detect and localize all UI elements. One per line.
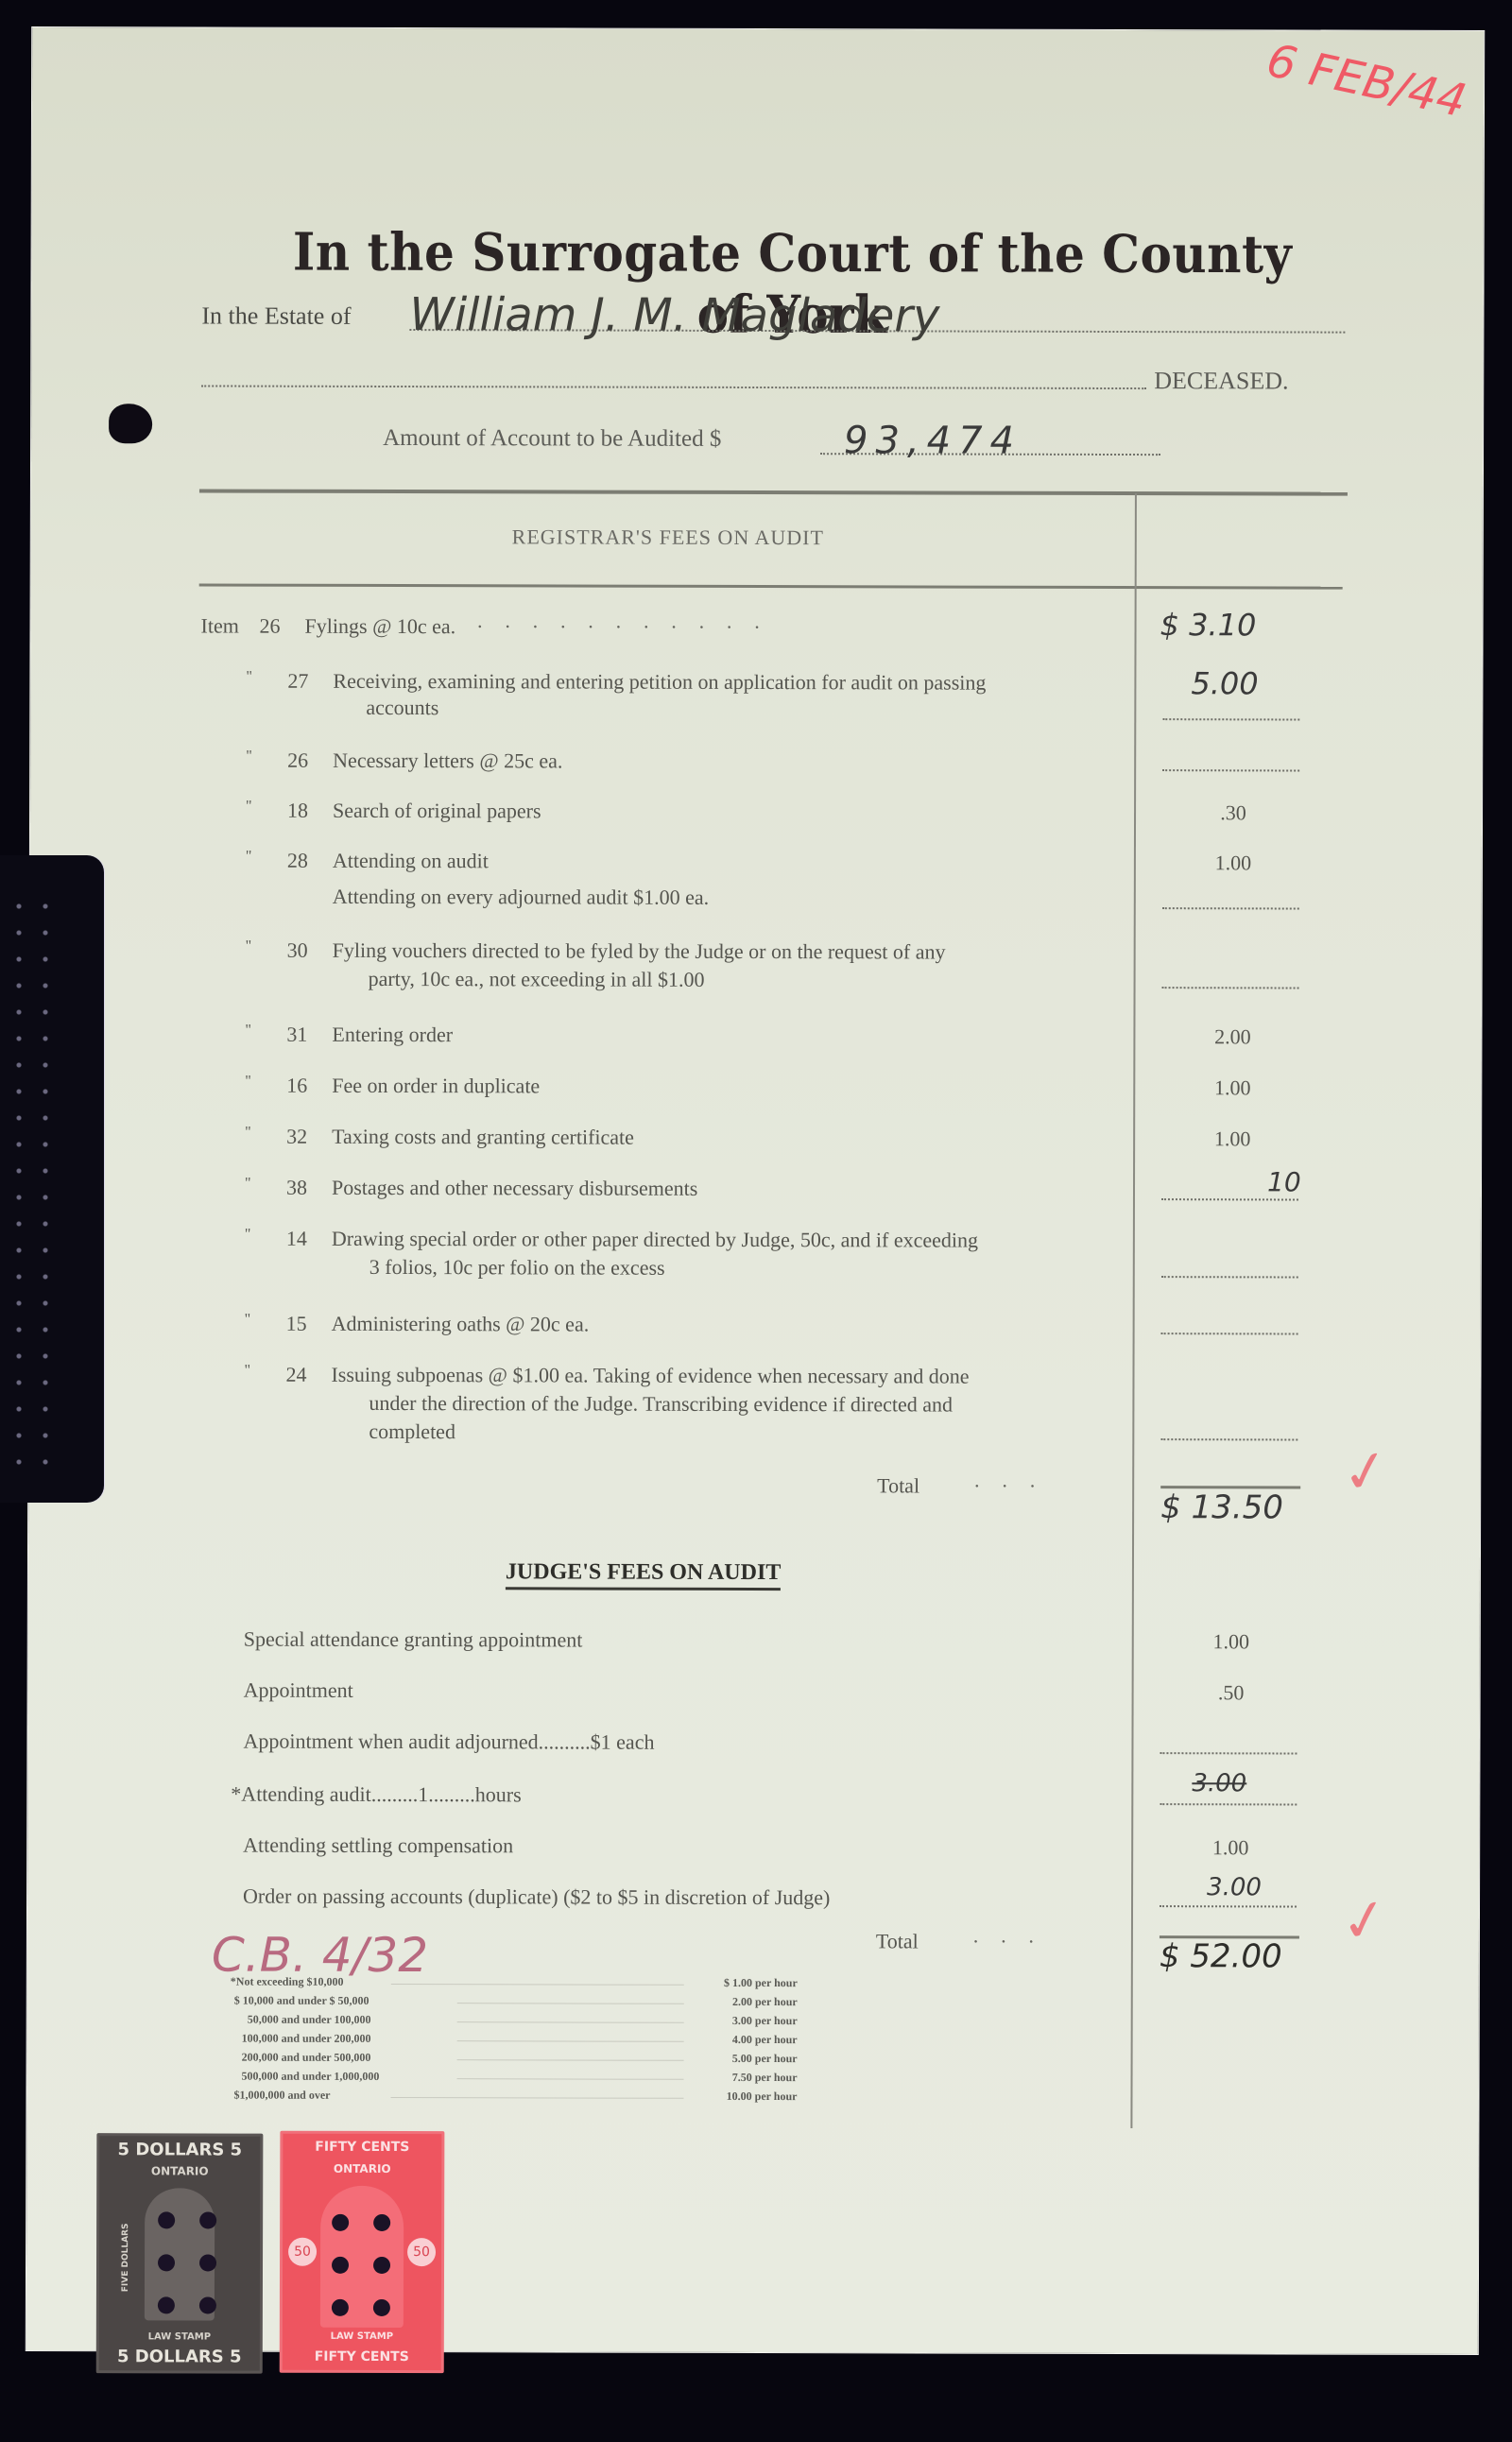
ditto-mark: " bbox=[245, 1074, 251, 1091]
binder-clip bbox=[0, 855, 104, 1503]
item-description-cont: under the direction of the Judge. Transc… bbox=[369, 1391, 1134, 1418]
amount-item-27[interactable]: 5.00 bbox=[1191, 665, 1258, 701]
amount-item-31[interactable]: 2.00 bbox=[1161, 1024, 1303, 1049]
amount-item-18[interactable]: .30 bbox=[1162, 800, 1304, 825]
perforation-hole bbox=[373, 2257, 390, 2274]
amount-value[interactable]: 93,474 bbox=[844, 419, 1022, 462]
ditto-mark: " bbox=[246, 938, 252, 955]
item-description: Appointment bbox=[244, 1678, 353, 1702]
law-stamp-fifty-cents: FIFTY CENTS ONTARIO 50 50 LAW STAMP FIFT… bbox=[280, 2131, 445, 2373]
ditto-mark: " bbox=[246, 799, 252, 816]
judge-total-leader: · · · bbox=[972, 1930, 1035, 1954]
item-description: Postages and other necessary disbursemen… bbox=[332, 1176, 1135, 1202]
item-number: 27 bbox=[287, 669, 308, 694]
item-number: 16 bbox=[286, 1074, 307, 1098]
item-description: Appointment when audit adjourned........… bbox=[243, 1729, 654, 1754]
item-description: Order on passing accounts (duplicate) ($… bbox=[243, 1884, 830, 1910]
amount-label: Amount of Account to be Audited $ bbox=[383, 425, 721, 453]
registrar-total-leader: · · · bbox=[973, 1474, 1036, 1499]
item-description: Attending on every adjourned audit $1.00… bbox=[333, 885, 1136, 911]
perforation-hole bbox=[373, 2299, 390, 2316]
perforation-hole bbox=[199, 2296, 216, 2313]
fee-row: " 28 Attending on audit bbox=[229, 849, 1136, 851]
fee-row: " 18 Search of original papers bbox=[229, 799, 1136, 801]
fee-row: " 15 Administering oaths @ 20c ea. bbox=[228, 1312, 1135, 1315]
amount-line bbox=[1160, 1752, 1297, 1754]
item-description: Fyling vouchers directed to be fyled by … bbox=[333, 938, 1136, 965]
ditto-mark: " bbox=[245, 1176, 251, 1193]
amount-line bbox=[1162, 718, 1299, 720]
stamp-value-left: 50 bbox=[288, 2238, 317, 2266]
judge-total-value[interactable]: $ 52.00 bbox=[1160, 1937, 1282, 1975]
judge-fee-row: Appointment when audit adjourned........… bbox=[243, 1729, 1131, 1756]
stamp-top-label: FIFTY CENTS bbox=[283, 2140, 441, 2155]
document-page: 6 FEB/44 In the Surrogate Court of the C… bbox=[26, 26, 1485, 2355]
stamp-law-label: LAW STAMP bbox=[99, 2331, 260, 2342]
amount-line bbox=[1160, 1438, 1297, 1440]
judge-amount-order[interactable]: 3.00 bbox=[1207, 1873, 1262, 1901]
judge-fee-row: Order on passing accounts (duplicate) ($… bbox=[243, 1884, 1131, 1911]
amount-line bbox=[1161, 1333, 1298, 1334]
item-number: 32 bbox=[286, 1125, 307, 1149]
schedule-row: 100,000 and under 200,000 4.00 per hour bbox=[231, 2032, 798, 2049]
item-prefix: Item bbox=[201, 613, 239, 638]
amount-item-38[interactable]: 10 bbox=[1267, 1166, 1301, 1197]
item-description: Entering order bbox=[332, 1023, 1135, 1049]
item-number: 30 bbox=[287, 938, 308, 963]
amount-line bbox=[1161, 1198, 1298, 1200]
punch-hole bbox=[109, 404, 152, 443]
judge-fee-row: Appointment bbox=[244, 1678, 1132, 1705]
ditto-mark: " bbox=[244, 1363, 250, 1380]
item-description: Receiving, examining and entering petiti… bbox=[333, 669, 1136, 696]
judge-heading: JUDGE'S FEES ON AUDIT bbox=[506, 1559, 781, 1591]
item-description: Necessary letters @ 25c ea. bbox=[333, 748, 1136, 775]
amount-item-28[interactable]: 1.00 bbox=[1162, 851, 1304, 875]
item-number: 38 bbox=[286, 1176, 307, 1200]
judge-amount-attending[interactable]: 3.00 bbox=[1192, 1769, 1246, 1797]
amount-line bbox=[1160, 1905, 1297, 1907]
fee-row: " 26 Necessary letters @ 25c ea. bbox=[229, 748, 1136, 751]
judge-fee-row: Special attendance granting appointment bbox=[244, 1627, 1132, 1654]
estate-label: In the Estate of bbox=[201, 301, 351, 330]
item-number: 15 bbox=[286, 1312, 307, 1336]
item-description: Issuing subpoenas @ $1.00 ea. Taking of … bbox=[331, 1363, 1134, 1389]
judge-amount[interactable]: .50 bbox=[1160, 1680, 1302, 1705]
item-number: 31 bbox=[286, 1023, 307, 1047]
schedule-row: 500,000 and under 1,000,000 7.50 per hou… bbox=[231, 2070, 798, 2087]
item-number: 24 bbox=[285, 1363, 306, 1387]
amount-line bbox=[1162, 987, 1299, 989]
item-description: Attending settling compensation bbox=[243, 1833, 513, 1858]
item-description-cont: completed bbox=[369, 1419, 1134, 1446]
stamp-top-label: 5 DOLLARS 5 bbox=[99, 2140, 260, 2159]
judge-checkmark: ✓ bbox=[1335, 1884, 1394, 1958]
registrar-total-label: Total bbox=[877, 1473, 919, 1498]
estate-line-2 bbox=[201, 385, 1146, 389]
fee-row: " 16 Fee on order in duplicate bbox=[228, 1074, 1135, 1076]
amount-line bbox=[1160, 1803, 1297, 1805]
fee-row: Item 26 Fylings @ 10c ea. · · · · · · · … bbox=[201, 613, 1108, 616]
judge-fee-row: Attending settling compensation bbox=[243, 1833, 1131, 1860]
stamp-province: ONTARIO bbox=[99, 2164, 260, 2177]
amount-item-32[interactable]: 1.00 bbox=[1161, 1126, 1303, 1151]
perforation-hole bbox=[158, 2211, 175, 2228]
law-stamp-five-dollars: 5 DOLLARS 5 ONTARIO FIVE DOLLARS LAW STA… bbox=[96, 2133, 264, 2373]
perforation-hole bbox=[332, 2214, 349, 2231]
perforation-hole bbox=[199, 2254, 216, 2271]
deceased-label: DECEASED. bbox=[1154, 367, 1288, 395]
schedule-row: $1,000,000 and over 10.00 per hour bbox=[230, 2089, 797, 2106]
amount-column-divider bbox=[1130, 493, 1137, 2128]
schedule-row: 50,000 and under 100,000 3.00 per hour bbox=[231, 2013, 798, 2030]
perforation-hole bbox=[199, 2211, 216, 2228]
item-description: Attending on audit bbox=[333, 849, 1136, 875]
stamp-side-label: FIVE DOLLARS bbox=[121, 2197, 130, 2292]
fee-row: " 32 Taxing costs and granting certifica… bbox=[228, 1125, 1135, 1127]
stamp-value-right: 50 bbox=[407, 2238, 436, 2266]
perforation-hole bbox=[332, 2257, 349, 2274]
perforation-hole bbox=[158, 2296, 175, 2313]
fee-row: " 24 Issuing subpoenas @ $1.00 ea. Takin… bbox=[228, 1363, 1135, 1366]
stamp-law-label: LAW STAMP bbox=[283, 2331, 441, 2342]
item-description: Fee on order in duplicate bbox=[332, 1074, 1135, 1100]
item-number: 26 bbox=[260, 614, 281, 639]
schedule-row: *Not exceeding $10,000 $ 1.00 per hour bbox=[231, 1975, 798, 1992]
amount-item-16[interactable]: 1.00 bbox=[1161, 1075, 1303, 1100]
header-rule bbox=[199, 583, 1343, 589]
registrar-checkmark: ✓ bbox=[1337, 1436, 1396, 1509]
ditto-mark: " bbox=[246, 849, 252, 866]
item-description-cont: accounts bbox=[366, 696, 1136, 722]
item-description: Taxing costs and granting certificate bbox=[332, 1125, 1135, 1151]
ditto-mark: " bbox=[246, 669, 252, 686]
registrar-heading: REGISTRAR'S FEES ON AUDIT bbox=[201, 524, 1135, 551]
schedule-row: 200,000 and under 500,000 5.00 per hour bbox=[231, 2051, 798, 2068]
amount-line bbox=[1161, 1276, 1298, 1278]
amount-line bbox=[1162, 769, 1299, 771]
estate-name[interactable]: William J. M. Magladery bbox=[409, 288, 939, 342]
item-description: Special attendance granting appointment bbox=[244, 1627, 583, 1652]
judge-amount[interactable]: 1.00 bbox=[1160, 1835, 1301, 1860]
fee-row: " 30 Fyling vouchers directed to be fyle… bbox=[229, 938, 1136, 941]
stamp-bottom-label: 5 DOLLARS 5 bbox=[99, 2347, 260, 2366]
fee-row: Attending on every adjourned audit $1.00… bbox=[229, 885, 1136, 887]
item-description: Administering oaths @ 20c ea. bbox=[332, 1312, 1135, 1338]
item-description: Fylings @ 10c ea. · · · · · · · · · · · bbox=[305, 614, 1108, 641]
fee-row: " 31 Entering order bbox=[228, 1023, 1135, 1025]
registrar-total-value[interactable]: $ 13.50 bbox=[1160, 1488, 1283, 1526]
item-number: 14 bbox=[286, 1227, 307, 1251]
stamp-bottom-label: FIFTY CENTS bbox=[283, 2349, 441, 2365]
ditto-mark: " bbox=[245, 1023, 251, 1040]
ditto-mark: " bbox=[245, 1227, 251, 1244]
ditto-mark: " bbox=[245, 1125, 251, 1142]
judge-total-label: Total bbox=[876, 1929, 919, 1953]
fee-row: " 14 Drawing special order or other pape… bbox=[228, 1227, 1135, 1230]
item-description: Search of original papers bbox=[333, 799, 1136, 825]
judge-fee-row: *Attending audit.........1.........hours bbox=[231, 1782, 1119, 1809]
item-number: 26 bbox=[287, 748, 308, 773]
ditto-mark: " bbox=[245, 1312, 251, 1329]
stamp-province: ONTARIO bbox=[283, 2162, 441, 2175]
ditto-mark: " bbox=[246, 748, 252, 765]
item-description: *Attending audit.........1.........hours bbox=[231, 1782, 521, 1807]
item-number: 18 bbox=[287, 799, 308, 823]
fee-row: " 38 Postages and other necessary disbur… bbox=[228, 1176, 1135, 1178]
amount-item-26[interactable]: $ 3.10 bbox=[1160, 607, 1257, 643]
perforation-hole bbox=[373, 2214, 390, 2231]
item-description-cont: 3 folios, 10c per folio on the excess bbox=[369, 1255, 1135, 1281]
top-rule bbox=[199, 489, 1348, 495]
judge-amount[interactable]: 1.00 bbox=[1160, 1629, 1302, 1654]
schedule-row: $ 10,000 and under $ 50,000 2.00 per hou… bbox=[231, 1994, 798, 2011]
amount-line bbox=[1162, 907, 1299, 909]
item-description-cont: party, 10c ea., not exceeding in all $1.… bbox=[369, 967, 1136, 993]
fee-row: " 27 Receiving, examining and entering p… bbox=[229, 669, 1136, 672]
item-number: 28 bbox=[287, 849, 308, 873]
item-description: Drawing special order or other paper dir… bbox=[332, 1227, 1135, 1253]
rate-schedule: *Not exceeding $10,000 $ 1.00 per hour $… bbox=[230, 1975, 797, 2109]
perforation-hole bbox=[332, 2299, 349, 2316]
date-annotation: 6 FEB/44 bbox=[1263, 34, 1471, 129]
perforation-hole bbox=[158, 2254, 175, 2271]
